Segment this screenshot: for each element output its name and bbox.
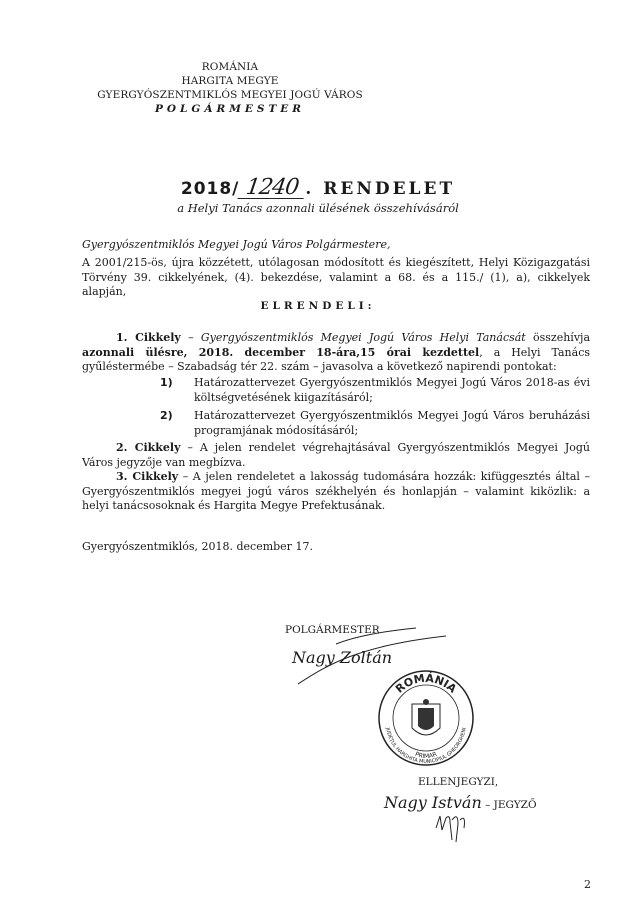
- document-page: ROMÁNIA HARGITA MEGYE GYERGYÓSZENTMIKLÓS…: [0, 0, 636, 900]
- article-1-dash: –: [181, 331, 201, 344]
- article-1-text1: összehívja: [526, 331, 590, 344]
- header-county: HARGITA MEGYE: [80, 74, 380, 88]
- svg-text:ROMÁNIA: ROMÁNIA: [393, 672, 459, 696]
- decree-subtitle: a Helyi Tanács azonnali ülésének összehí…: [0, 201, 636, 215]
- stamp-top-text: ROMÁNIA: [393, 672, 459, 696]
- decree-year: 2018/: [181, 179, 240, 199]
- official-stamp-icon: ROMÁNIA JUDEȚUL HARGHITA MUNICIPIUL GHEO…: [376, 668, 476, 768]
- notary-signature-icon: [432, 808, 472, 844]
- header-office: POLGÁRMESTER: [80, 102, 380, 116]
- agenda-item-2: 2)Határozattervezet Gyergyószentmiklós M…: [160, 409, 590, 438]
- agenda-item-1: 1)Határozattervezet Gyergyószentmiklós M…: [160, 376, 590, 405]
- header-city: GYERGYÓSZENTMIKLÓS MEGYEI JOGÚ VÁROS: [80, 88, 380, 102]
- legal-basis: A 2001/215-ös, újra közzétett, utólagosa…: [82, 256, 590, 300]
- agenda-item-2-text: Határozattervezet Gyergyószentmiklós Meg…: [194, 409, 590, 437]
- article-1-bold: azonnali ülésre, 2018. december 18-ára,1…: [82, 346, 479, 359]
- issuer-line: Gyergyószentmiklós Megyei Jogú Város Pol…: [82, 238, 590, 253]
- decree-title: 2018/1240. RENDELET: [0, 178, 636, 199]
- agenda-item-1-text: Határozattervezet Gyergyószentmiklós Meg…: [194, 376, 590, 404]
- article-1: 1. Cikkely – Gyergyószentmiklós Megyei J…: [82, 331, 590, 375]
- article-2: 2. Cikkely – A jelen rendelet végrehajtá…: [82, 441, 590, 470]
- decree-heading: ELRENDELI:: [0, 300, 636, 312]
- article-3-label: 3. Cikkely: [116, 470, 178, 483]
- article-3: 3. Cikkely – A jelen rendeletet a lakoss…: [82, 470, 590, 514]
- article-2-label: 2. Cikkely: [116, 441, 181, 454]
- page-number: 2: [584, 878, 591, 891]
- agenda-item-2-number: 2): [160, 409, 173, 424]
- place-date: Gyergyószentmiklós, 2018. december 17.: [82, 540, 590, 555]
- agenda-item-1-number: 1): [160, 376, 173, 391]
- article-1-label: 1. Cikkely: [116, 331, 181, 344]
- mayor-name: Nagy Zoltán: [292, 648, 392, 667]
- header-office-text: POLGÁRMESTER: [155, 103, 305, 115]
- article-1-italic: Gyergyószentmiklós Megyei Jogú Város Hel…: [201, 331, 526, 344]
- decree-number-handwritten: 1240: [238, 178, 307, 199]
- countersign-label: ELLENJEGYZI,: [418, 776, 498, 788]
- header-country: ROMÁNIA: [80, 60, 380, 74]
- decree-label: . RENDELET: [305, 179, 455, 199]
- countersign-role: – JEGYZŐ: [482, 799, 537, 811]
